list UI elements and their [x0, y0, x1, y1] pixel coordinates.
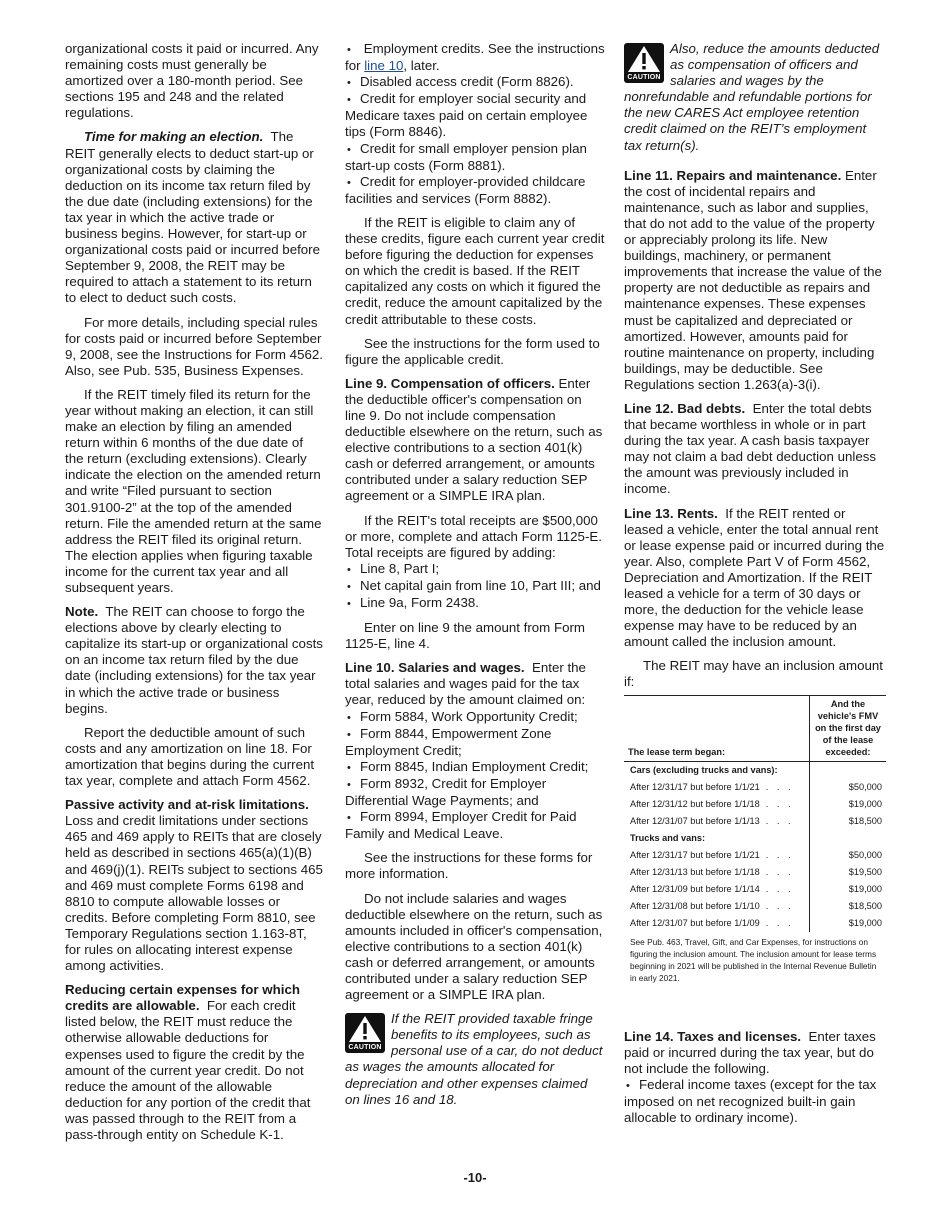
heading-line-9: Line 9. Compensation of officers. — [345, 376, 555, 391]
column-1: organizational costs it paid or incurred… — [65, 41, 325, 1151]
list-item-childcare-credit: Credit for employer-provided childcare f… — [345, 174, 605, 207]
list-item-form-2438: Line 9a, Form 2438. — [345, 595, 605, 612]
section-line-14: Line 14. Taxes and licenses. Enter taxes… — [624, 1029, 886, 1077]
section-line-13: Line 13. Rents. If the REIT rented or le… — [624, 506, 886, 651]
column-header-lease-term: The lease term began: — [624, 695, 810, 761]
section-line-9: Line 9. Compensation of officers. Enter … — [345, 376, 605, 505]
list-item-disabled-access: Disabled access credit (Form 8826). — [345, 74, 605, 91]
section-line-10: Line 10. Salaries and wages. Enter the t… — [345, 660, 605, 708]
list-item-line-8: Line 8, Part I; — [345, 561, 605, 578]
table-group-row: Cars (excluding trucks and vans): — [624, 761, 886, 779]
table-row: After 12/31/17 but before 1/1/21. . . $5… — [624, 779, 886, 796]
paragraph-amended-return: If the REIT timely filed its return for … — [65, 387, 325, 596]
paragraph-eligible-credits: If the REIT is eligible to claim any of … — [345, 215, 605, 328]
heading-note: Note. — [65, 604, 98, 619]
section-passive-activity: Passive activity and at-risk limitations… — [65, 797, 325, 974]
column-header-fmv: And the vehicle's FMV on the first day o… — [810, 695, 887, 761]
link-line-10[interactable]: line 10 — [364, 58, 403, 73]
paragraph-time-for-election: Time for making an election. The REIT ge… — [65, 129, 325, 306]
list-item-social-security-credit: Credit for employer social security and … — [345, 91, 605, 140]
column-2: Employment credits. See the instructions… — [345, 41, 605, 1116]
paragraph-see-instructions: See the instructions for the form used t… — [345, 336, 605, 368]
caution-icon: CAUTION — [624, 43, 664, 83]
paragraph-inclusion-amount: The REIT may have an inclusion amount if… — [624, 658, 886, 690]
heading-line-12: Line 12. Bad debts. — [624, 401, 745, 416]
list-item-federal-income-taxes: Federal income taxes (except for the tax… — [624, 1077, 886, 1126]
paragraph-report-deductible: Report the deductible amount of such cos… — [65, 725, 325, 789]
table-row: After 12/31/12 but before 1/1/18. . . $1… — [624, 796, 886, 813]
list-item-form-8932: Form 8932, Credit for Employer Different… — [345, 776, 605, 809]
paragraph-note: Note. The REIT can choose to forgo the e… — [65, 604, 325, 717]
paragraph-amortization: organizational costs it paid or incurred… — [65, 41, 325, 121]
heading-passive-activity: Passive activity and at-risk limitations… — [65, 797, 309, 812]
section-line-12: Line 12. Bad debts. Enter the total debt… — [624, 401, 886, 498]
caution-cares-act: CAUTION Also, reduce the amounts deducte… — [624, 41, 886, 154]
heading-line-10: Line 10. Salaries and wages. — [345, 660, 525, 675]
table-row: After 12/31/07 but before 1/1/09. . . $1… — [624, 915, 886, 932]
list-item-net-capital-gain: Net capital gain from line 10, Part III;… — [345, 578, 605, 595]
section-line-11: Line 11. Repairs and maintenance. Enter … — [624, 168, 886, 393]
heading-time-for-election: Time for making an election. — [84, 129, 263, 144]
table-row: After 12/31/09 but before 1/1/14. . . $1… — [624, 881, 886, 898]
list-item-form-8994: Form 8994, Employer Credit for Paid Fami… — [345, 809, 605, 842]
lease-inclusion-table: The lease term began: And the vehicle's … — [624, 695, 886, 932]
heading-line-13: Line 13. Rents. — [624, 506, 718, 521]
page-number: -10- — [0, 1170, 950, 1185]
paragraph-total-receipts: If the REIT's total receipts are $500,00… — [345, 513, 605, 561]
section-reducing-expenses: Reducing certain expenses for which cred… — [65, 982, 325, 1143]
table-row: After 12/31/07 but before 1/1/13. . . $1… — [624, 813, 886, 830]
list-item-pension-plan-credit: Credit for small employer pension plan s… — [345, 141, 605, 174]
table-footnote: See Pub. 463, Travel, Gift, and Car Expe… — [624, 932, 886, 985]
caution-fringe-benefits: CAUTION If the REIT provided taxable fri… — [345, 1011, 605, 1108]
table-row: After 12/31/13 but before 1/1/18. . . $1… — [624, 864, 886, 881]
list-item-form-5884: Form 5884, Work Opportunity Credit; — [345, 709, 605, 726]
paragraph-do-not-include: Do not include salaries and wages deduct… — [345, 891, 605, 1004]
column-3: CAUTION Also, reduce the amounts deducte… — [624, 41, 886, 1126]
table-row: After 12/31/17 but before 1/1/21. . . $5… — [624, 847, 886, 864]
paragraph-more-details: For more details, including special rule… — [65, 315, 325, 379]
list-item-employment-credits: Employment credits. See the instructions… — [345, 41, 605, 74]
table-header-row: The lease term began: And the vehicle's … — [624, 695, 886, 761]
caution-icon: CAUTION — [345, 1013, 385, 1053]
heading-line-14: Line 14. Taxes and licenses. — [624, 1029, 801, 1044]
table-row: After 12/31/08 but before 1/1/10. . . $1… — [624, 898, 886, 915]
paragraph-enter-line-9: Enter on line 9 the amount from Form 112… — [345, 620, 605, 652]
list-item-form-8845: Form 8845, Indian Employment Credit; — [345, 759, 605, 776]
table-group-row: Trucks and vans: — [624, 830, 886, 847]
list-item-form-8844: Form 8844, Empowerment Zone Employment C… — [345, 726, 605, 759]
heading-line-11: Line 11. Repairs and maintenance. — [624, 168, 841, 183]
paragraph-see-forms: See the instructions for these forms for… — [345, 850, 605, 882]
